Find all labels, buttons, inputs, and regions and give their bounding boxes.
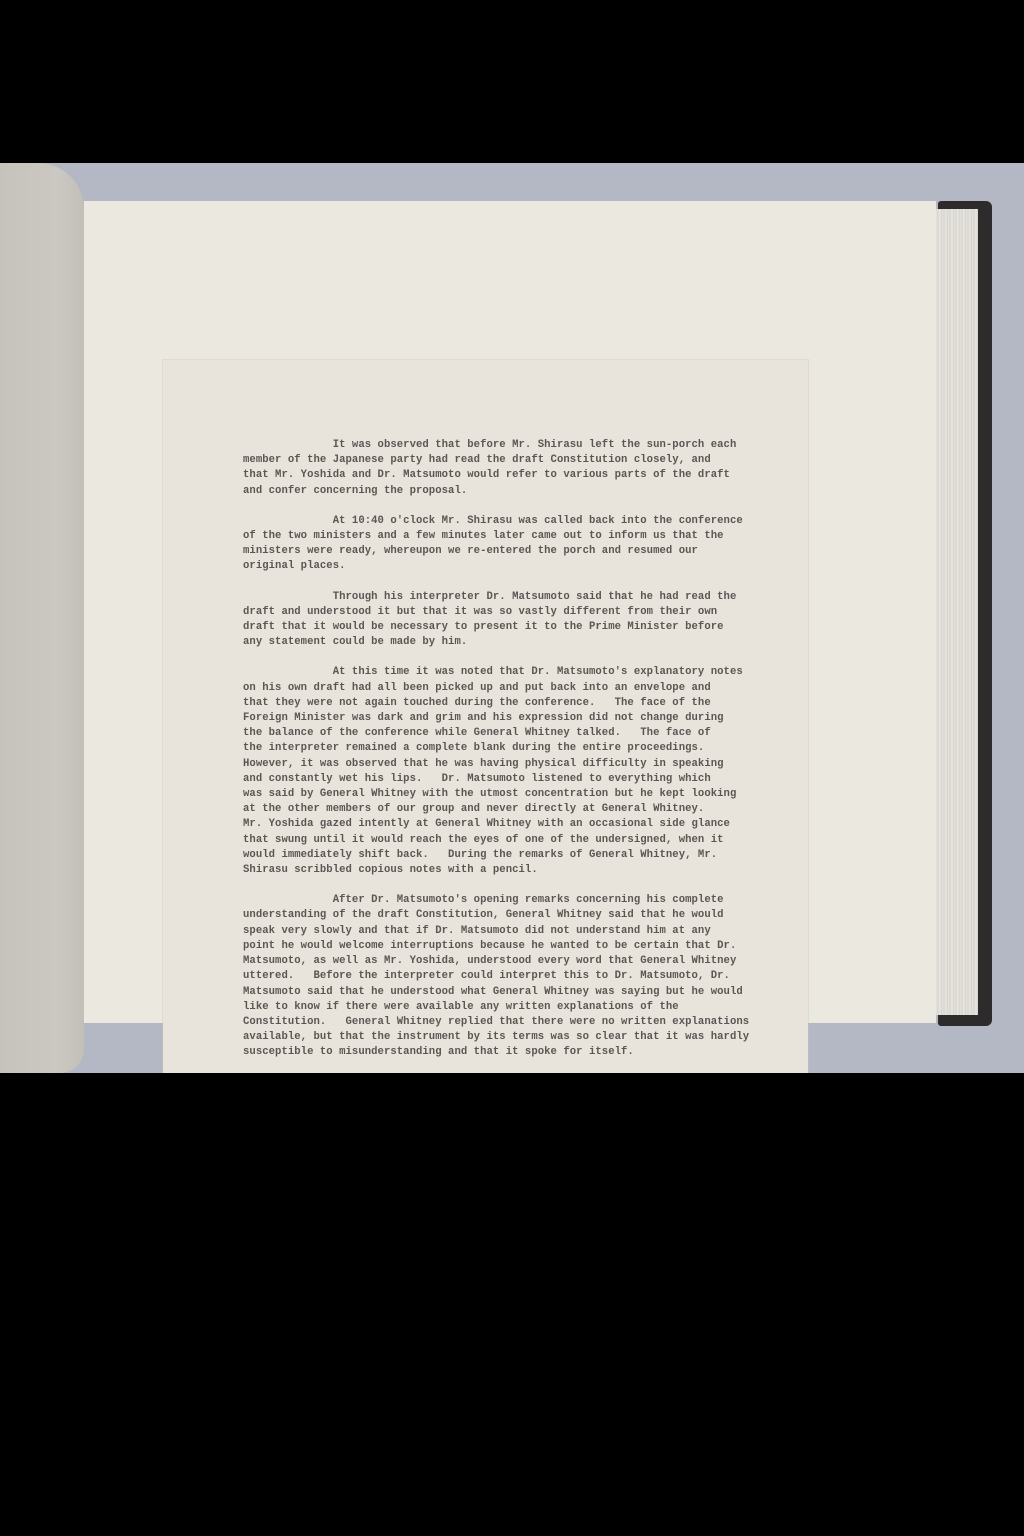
photo-background: It was observed that before Mr. Shirasu … <box>0 163 1024 1073</box>
document-body: It was observed that before Mr. Shirasu … <box>243 438 783 1073</box>
left-page-edge <box>0 163 84 1073</box>
paragraph-interpreter: Through his interpreter Dr. Matsumoto sa… <box>243 590 783 651</box>
book-page: It was observed that before Mr. Shirasu … <box>84 201 936 1023</box>
paragraph-this-time: At this time it was noted that Dr. Matsu… <box>243 665 783 878</box>
paragraph-1040: At 10:40 o'clock Mr. Shirasu was called … <box>243 514 783 575</box>
paragraph-observed: It was observed that before Mr. Shirasu … <box>243 438 783 499</box>
paragraph-after: After Dr. Matsumoto's opening remarks co… <box>243 893 783 1060</box>
typewritten-sheet: It was observed that before Mr. Shirasu … <box>163 360 808 1073</box>
page-block-edge <box>936 209 978 1015</box>
